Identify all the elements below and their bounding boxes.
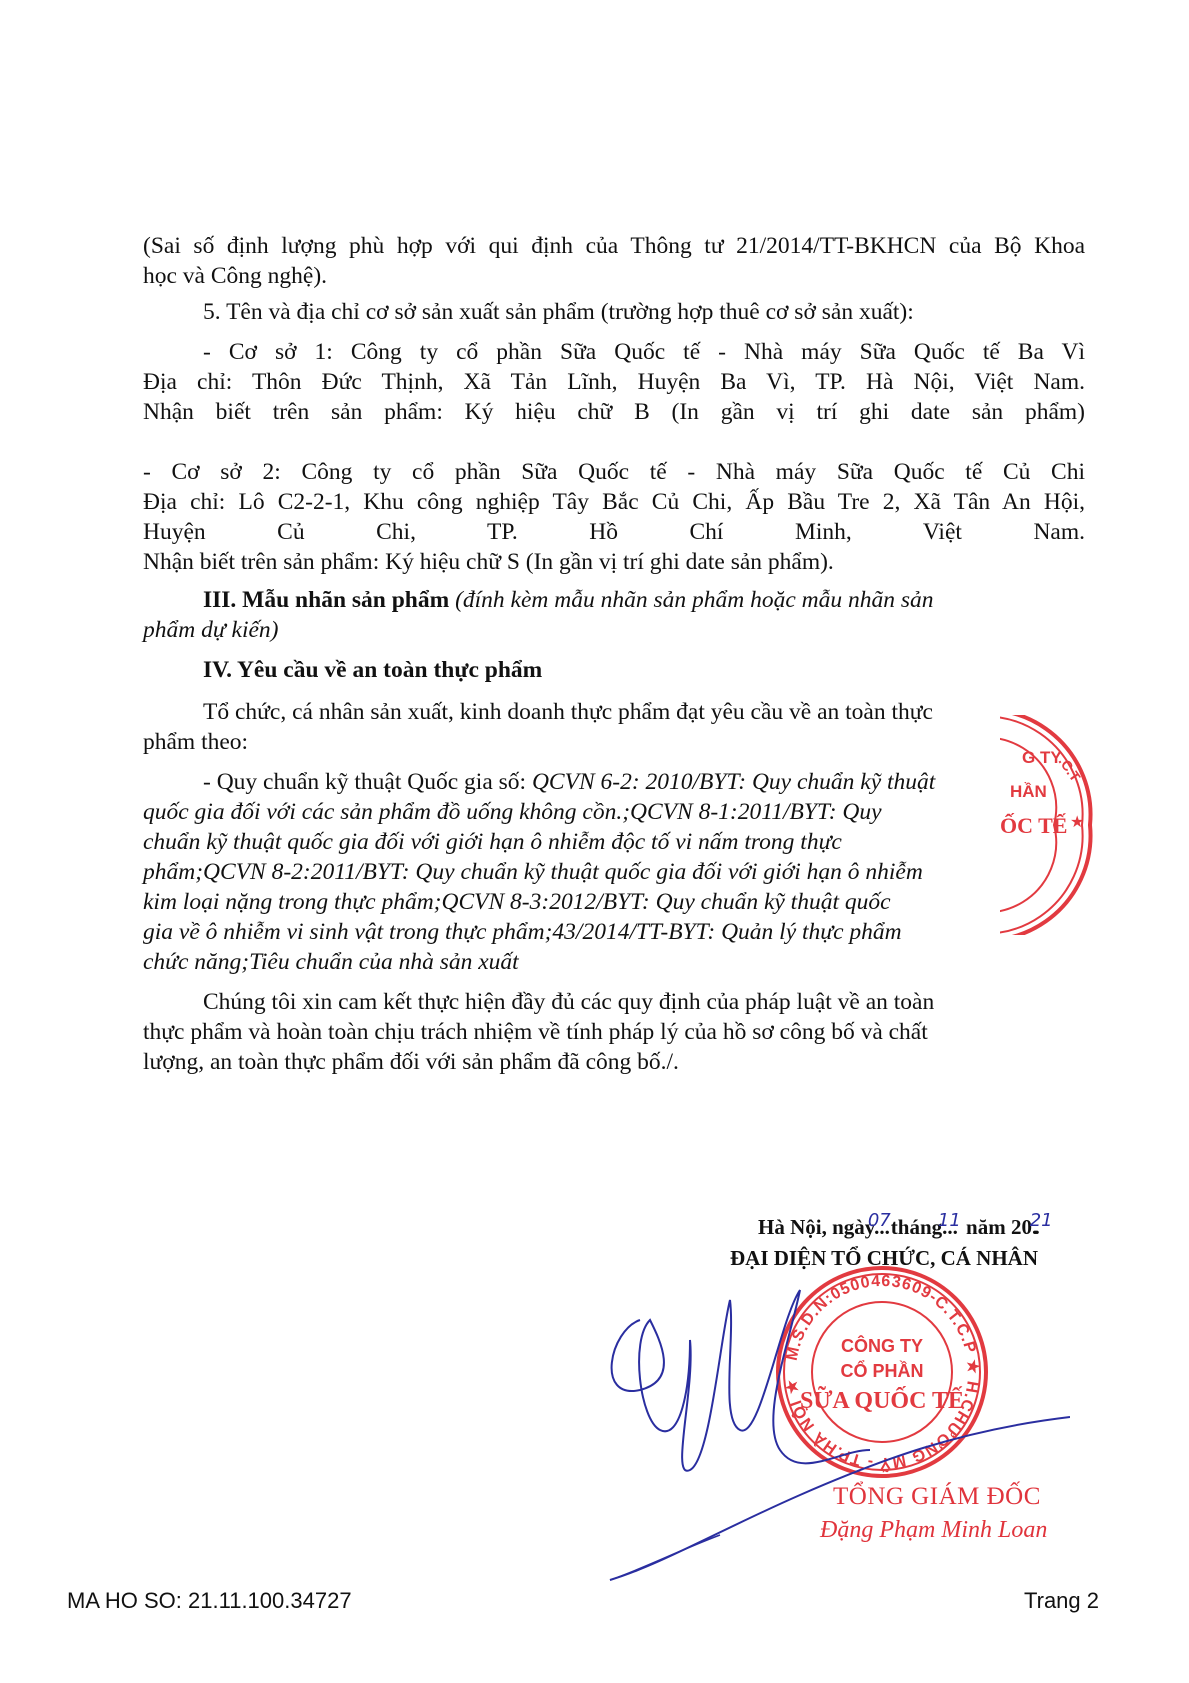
handwritten-month: 11 — [938, 1210, 961, 1231]
svg-text:ỐC TẾ: ỐC TẾ — [1000, 813, 1067, 838]
commitment-line-1: Chúng tôi xin cam kết thực hiện đầy đủ c… — [203, 987, 1085, 1017]
facility2-marking: Nhận biết trên sản phẩm: Ký hiệu chữ S (… — [143, 547, 1085, 577]
commitment-line-2: thực phẩm và hoàn toàn chịu trách nhiệm … — [143, 1017, 1085, 1047]
section3-heading-line: III. Mẫu nhãn sản phẩm (đính kèm mẫu nhã… — [203, 585, 1085, 615]
file-code: MA HO SO: 21.11.100.34727 — [67, 1588, 352, 1614]
section4-intro-2: phẩm theo: — [143, 727, 1085, 757]
standards-line-7: chức năng;Tiêu chuẩn của nhà sản xuất — [143, 947, 1085, 977]
standards-line-5: kim loại nặng trong thực phẩm;QCVN 8-3:2… — [143, 887, 1085, 917]
handwritten-year: 21 — [1030, 1210, 1053, 1231]
section3-note: (đính kèm mẫu nhãn sản phẩm hoặc mẫu nhã… — [455, 587, 933, 613]
standards-prefix: - Quy chuẩn kỹ thuật Quốc gia số: — [203, 769, 532, 795]
facility2-address-cont: Huyện Củ Chi, TP. Hồ Chí Minh, Việt Nam. — [143, 517, 1085, 547]
year-label: năm 20 — [966, 1215, 1032, 1239]
place-date-prefix: Hà Nội, ngày — [758, 1215, 874, 1239]
facility1-address: Địa chỉ: Thôn Đức Thịnh, Xã Tản Lĩnh, Hu… — [143, 367, 1085, 397]
svg-text:★: ★ — [1070, 814, 1084, 831]
partial-seal-stamp: G TY HẦN ỐC TẾ .C.T ★ — [1000, 715, 1189, 935]
standards-line-1: - Quy chuẩn kỹ thuật Quốc gia số: QCVN 6… — [203, 767, 1085, 797]
place-date: Hà Nội, ngày...07tháng...11 năm 20...21 — [758, 1215, 1053, 1240]
facility1-name: - Cơ sở 1: Công ty cổ phần Sữa Quốc tế -… — [203, 337, 1085, 367]
section5-title: 5. Tên và địa chỉ cơ sở sản xuất sản phẩ… — [203, 297, 1085, 327]
month-label: tháng — [891, 1215, 942, 1239]
facility1-marking: Nhận biết trên sản phẩm: Ký hiệu chữ B (… — [143, 397, 1085, 427]
facility2-address: Địa chỉ: Lô C2-2-1, Khu công nghiệp Tây … — [143, 487, 1085, 517]
tolerance-line-2: học và Công nghệ). — [143, 261, 1085, 291]
document-page: (Sai số định lượng phù hợp với qui định … — [0, 0, 1189, 1683]
section3-heading: III. Mẫu nhãn sản phẩm — [203, 587, 449, 613]
section4-heading: IV. Yêu cầu về an toàn thực phẩm — [203, 655, 1085, 685]
director-name: Đặng Phạm Minh Loan — [820, 1517, 1047, 1544]
commitment-line-3: lượng, an toàn thực phẩm đối với sản phẩ… — [143, 1047, 1085, 1077]
svg-text:HẦN: HẦN — [1010, 782, 1047, 801]
director-title: TỔNG GIÁM ĐỐC — [833, 1483, 1041, 1511]
facility2-name: - Cơ sở 2: Công ty cổ phần Sữa Quốc tế -… — [143, 457, 1085, 487]
standards-line-2: quốc gia đối với các sản phẩm đồ uống kh… — [143, 797, 1085, 827]
section4-intro-1: Tổ chức, cá nhân sản xuất, kinh doanh th… — [203, 697, 1085, 727]
tolerance-line-1: (Sai số định lượng phù hợp với qui định … — [143, 231, 1085, 261]
standards-first: QCVN 6-2: 2010/BYT: Quy chuẩn kỹ thuật — [532, 769, 935, 795]
standards-line-6: gia về ô nhiễm vi sinh vật trong thực ph… — [143, 917, 1085, 947]
page-number: Trang 2 — [1024, 1588, 1099, 1614]
handwritten-signature — [600, 1280, 1070, 1600]
section3-note-cont: phẩm dự kiến) — [143, 615, 1085, 645]
standards-line-4: phẩm;QCVN 8-2:2011/BYT: Quy chuẩn kỹ thu… — [143, 857, 1085, 887]
handwritten-day: 07 — [868, 1210, 891, 1231]
svg-text:G TY: G TY — [1022, 748, 1062, 767]
standards-line-3: chuẩn kỹ thuật quốc gia đối với giới hạn… — [143, 827, 1085, 857]
